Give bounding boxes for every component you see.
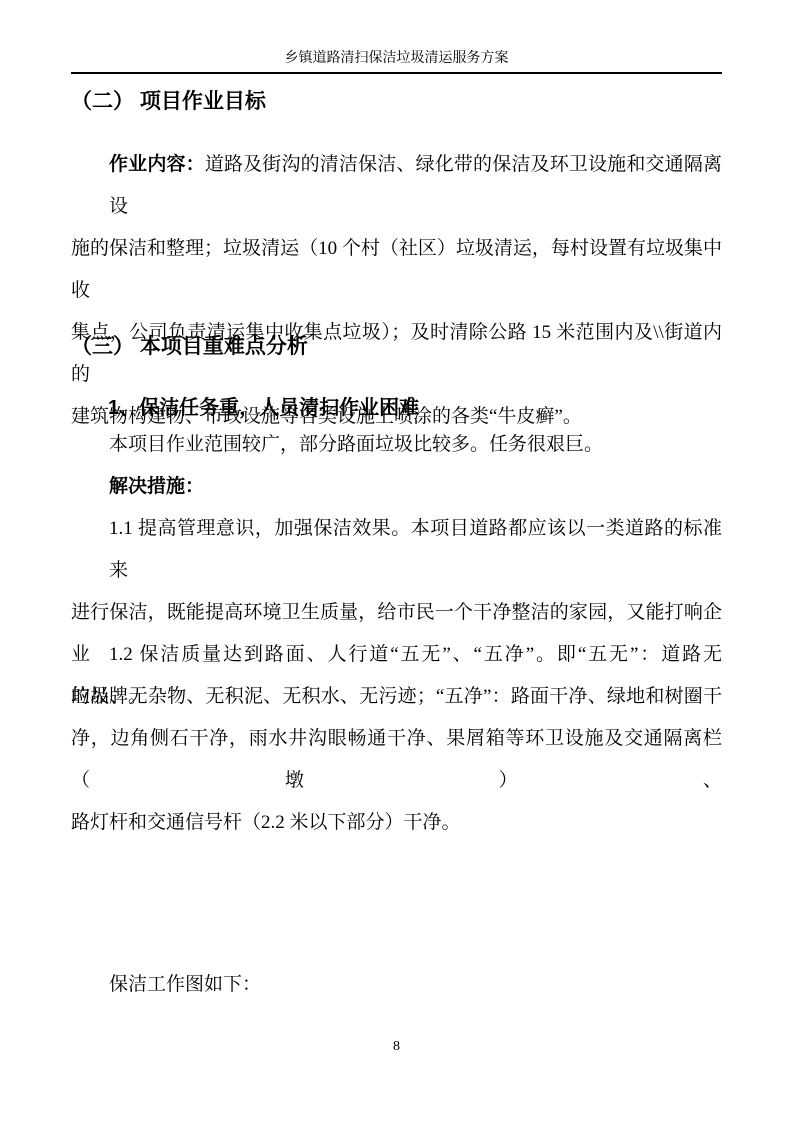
paragraph-line: 作业内容：道路及街沟的清洁保洁、绿化带的保洁及环卫设施和交通隔离设 xyxy=(71,144,722,228)
figure-caption: 保洁工作图如下： xyxy=(71,964,722,1006)
paragraph-line: 1.1 提高管理意识，加强保洁效果。本项目道路都应该以一类道路的标准来 xyxy=(71,508,722,592)
document-page: 乡镇道路清扫保洁垃圾清运服务方案 （二） 项目作业目标 作业内容：道路及街沟的清… xyxy=(0,0,793,1122)
header-title: 乡镇道路清扫保洁垃圾清运服务方案 xyxy=(285,51,509,66)
paragraph-line: 1.2 保洁质量达到路面、人行道“五无”、“五净”。即“五无”：道路无 xyxy=(71,634,722,676)
measures-label: 解决措施： xyxy=(71,466,722,508)
page-header: 乡镇道路清扫保洁垃圾清运服务方案 xyxy=(71,50,722,74)
subheading-difficulty: 1、保洁任务重，人员清扫作业困难 xyxy=(71,395,722,421)
paragraph-line: 施的保洁和整理；垃圾清运（10 个村（社区）垃圾清运，每村设置有垃圾集中收 xyxy=(71,228,722,312)
section-heading-3: （三） 本项目重难点分析 xyxy=(71,333,722,361)
page-number: 8 xyxy=(393,1039,400,1054)
measure-1-2-paragraph: 1.2 保洁质量达到路面、人行道“五无”、“五净”。即“五无”：道路无 垃圾、无… xyxy=(71,634,722,844)
paragraph-line: 本项目作业范围较广，部分路面垃圾比较多。任务很艰巨。 xyxy=(71,424,722,466)
work-content-label: 作业内容： xyxy=(109,154,205,175)
figure-caption-paragraph: 保洁工作图如下： xyxy=(71,964,722,1006)
paragraph-line: 净，边角侧石干净，雨水井沟眼畅通干净、果屑箱等环卫设施及交通隔离栏（墩）、 xyxy=(71,718,722,802)
section-heading-2: （二） 项目作业目标 xyxy=(71,88,722,116)
paragraph-line: 路灯杆和交通信号杆（2.2 米以下部分）干净。 xyxy=(71,802,722,844)
paragraph-line: 垃圾、无杂物、无积泥、无积水、无污迹；“五净”：路面干净、绿地和树圈干 xyxy=(71,676,722,718)
page-footer: 8 xyxy=(0,1038,793,1056)
measures-label-paragraph: 解决措施： xyxy=(71,466,722,508)
difficulty-paragraph: 本项目作业范围较广，部分路面垃圾比较多。任务很艰巨。 xyxy=(71,424,722,466)
work-content-paragraph: 作业内容：道路及街沟的清洁保洁、绿化带的保洁及环卫设施和交通隔离设 施的保洁和整… xyxy=(71,144,722,438)
